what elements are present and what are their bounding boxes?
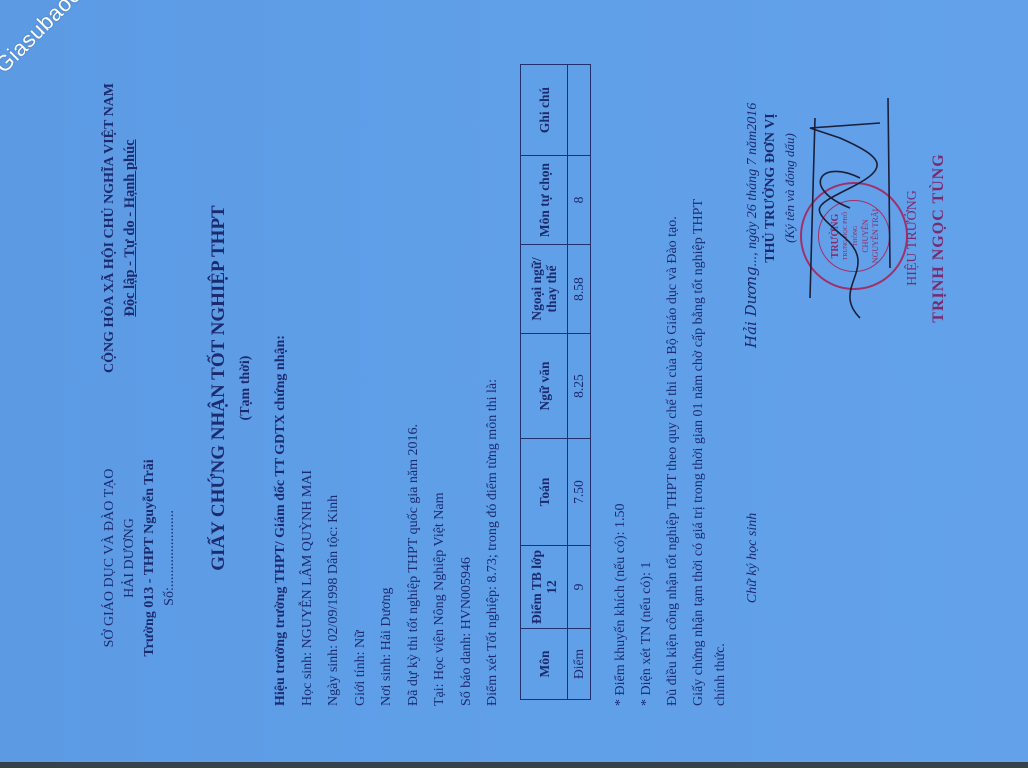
table-row: Điểm 9 7.50 8.25 8.58 8 [568, 65, 591, 700]
priority-category: * Diện xét TN (nếu có): 1 [634, 46, 660, 706]
national-title: CỘNG HÒA XÃ HỘI CHỦ NGHĨA VIỆT NAM [100, 48, 120, 408]
header-foreign-language: Ngoại ngữ/ thay thế [521, 245, 568, 334]
issuer-department: SỞ GIÁO DỤC VÀ ĐÀO TẠO [100, 408, 120, 708]
header-gpa12: Điểm TB lớp 12 [521, 546, 568, 629]
header-literature: Ngữ văn [521, 334, 568, 439]
principal-name: TRỊNH NGỌC TÙNG [930, 88, 948, 388]
scores-header-row: Môn Điểm TB lớp 12 Toán Ngữ văn Ngoại ng… [521, 65, 568, 700]
certificate-body: Hiệu trưởng trường THPT/ Giám đốc TT GDT… [268, 66, 507, 706]
score-total: Điểm xét Tốt nghiệp: 8.73; trong đó điểm… [480, 66, 507, 706]
student-signature-label: Chữ ký học sinh [745, 448, 761, 668]
score-foreign-language: 8.58 [568, 245, 591, 334]
birthplace: Nơi sinh: Hải Dương [374, 66, 401, 706]
validity-statement-cont: chính thức. [712, 46, 730, 706]
validity-statement: Giấy chứng nhận tạm thời có giá trị tron… [686, 46, 712, 706]
score-elective: 8 [568, 156, 591, 245]
score-gpa12: 9 [568, 546, 591, 629]
document-subtitle: (Tạm thời) [238, 88, 254, 688]
gender: Giới tính: Nữ [348, 66, 375, 706]
score-literature: 8.25 [568, 334, 591, 439]
place-date: Hải Dương..., ngày 26 tháng 7 năm2016 [742, 28, 761, 348]
birth-ethnicity: Ngày sinh: 02/09/1998 Dân tộc: Kinh [321, 66, 348, 706]
header-subject: Môn [521, 629, 568, 700]
header-elective: Môn tự chọn [521, 156, 568, 245]
table-edge-bottom [0, 762, 1028, 768]
certificate-page: SỞ GIÁO DỤC VÀ ĐÀO TẠO HẢI DƯƠNG Trường … [0, 0, 1028, 768]
certifier-line: Hiệu trưởng trường THPT/ Giám đốc TT GDT… [268, 66, 295, 706]
place-handwritten: Hải Dương [742, 266, 760, 348]
header-notes: Ghi chú [521, 65, 568, 156]
venue-line: Tại: Học viện Nông Nghiệp Việt Nam [427, 66, 454, 706]
student-name: Học sinh: NGUYỄN LÂM QUỲNH MAI [295, 66, 322, 706]
document-title: GIẤY CHỨNG NHẬN TỐT NGHIỆP THPT [208, 88, 230, 688]
national-motto: Độc lập - Tự do - Hạnh phúc [120, 48, 140, 408]
org-head-title: THỦ TRƯỞNG ĐƠN VỊ [763, 38, 779, 338]
issuer-school: Trường 013 - THPT Nguyễn Trãi [140, 408, 160, 708]
exam-line: Đã dự kỳ thi tốt nghiệp THPT quốc gia nă… [401, 66, 428, 706]
bonus-points: * Điểm khuyến khích (nếu có): 1.50 [608, 46, 634, 706]
document-photo: SỞ GIÁO DỤC VÀ ĐÀO TẠO HẢI DƯƠNG Trường … [0, 0, 1028, 768]
issuer-header: SỞ GIÁO DỤC VÀ ĐÀO TẠO HẢI DƯƠNG Trường … [100, 408, 180, 708]
issuer-province: HẢI DƯƠNG [120, 408, 140, 708]
scores-table: Môn Điểm TB lớp 12 Toán Ngữ văn Ngoại ng… [520, 64, 591, 700]
principal-title: HIỆU TRƯỞNG [905, 88, 921, 388]
notes-section: * Điểm khuyến khích (nếu có): 1.50 * Diệ… [608, 46, 730, 706]
header-math: Toán [521, 439, 568, 546]
date-text: ..., ngày 26 tháng 7 năm2016 [745, 103, 760, 267]
eligibility-statement: Đủ điều kiện công nhận tốt nghiệp THPT t… [660, 46, 686, 706]
score-math: 7.50 [568, 439, 591, 546]
signature-mark [790, 68, 900, 328]
candidate-number: Số báo danh: HVN005946 [454, 66, 481, 706]
row-label: Điểm [568, 629, 591, 700]
national-header: CỘNG HÒA XÃ HỘI CHỦ NGHĨA VIỆT NAM Độc l… [100, 48, 140, 408]
score-notes [568, 65, 591, 156]
document-number: Số:...................... [160, 408, 180, 708]
